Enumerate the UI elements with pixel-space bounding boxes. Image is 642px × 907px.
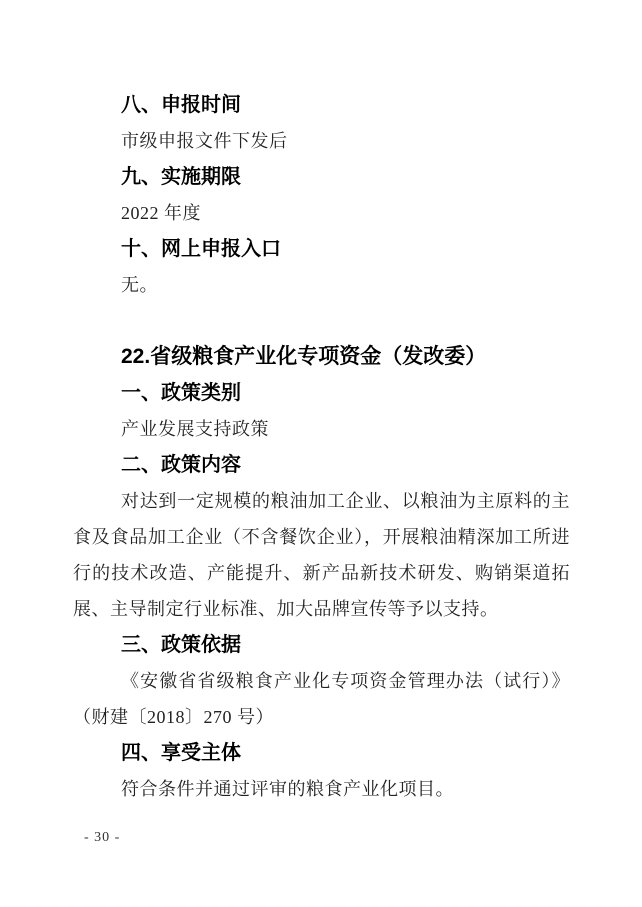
section-heading-application-time: 八、申报时间	[73, 87, 570, 123]
text-online-entry: 无。	[73, 267, 570, 303]
section-heading-beneficiary: 四、享受主体	[73, 735, 570, 771]
text-policy-category: 产业发展支持政策	[73, 411, 570, 447]
section-heading-implementation-period: 九、实施期限	[73, 159, 570, 195]
text-application-time: 市级申报文件下发后	[73, 123, 570, 159]
page-number: - 30 -	[84, 830, 120, 846]
document-content: 八、申报时间 市级申报文件下发后 九、实施期限 2022 年度 十、网上申报入口…	[73, 87, 570, 807]
section-heading-policy-category: 一、政策类别	[73, 375, 570, 411]
section-heading-policy-content: 二、政策内容	[73, 447, 570, 483]
document-page: 八、申报时间 市级申报文件下发后 九、实施期限 2022 年度 十、网上申报入口…	[0, 0, 642, 907]
text-policy-content: 对达到一定规模的粮油加工企业、以粮油为主原料的主食及食品加工企业（不含餐饮企业）…	[73, 483, 570, 627]
text-implementation-period: 2022 年度	[73, 195, 570, 231]
section-heading-policy-basis: 三、政策依据	[73, 627, 570, 663]
section-heading-online-entry: 十、网上申报入口	[73, 231, 570, 267]
text-beneficiary: 符合条件并通过评审的粮食产业化项目。	[73, 771, 570, 807]
policy-title: 22.省级粮食产业化专项资金（发改委）	[73, 339, 570, 375]
text-policy-basis: 《安徽省省级粮食产业化专项资金管理办法（试行）》（财建〔2018〕270 号）	[73, 663, 570, 735]
